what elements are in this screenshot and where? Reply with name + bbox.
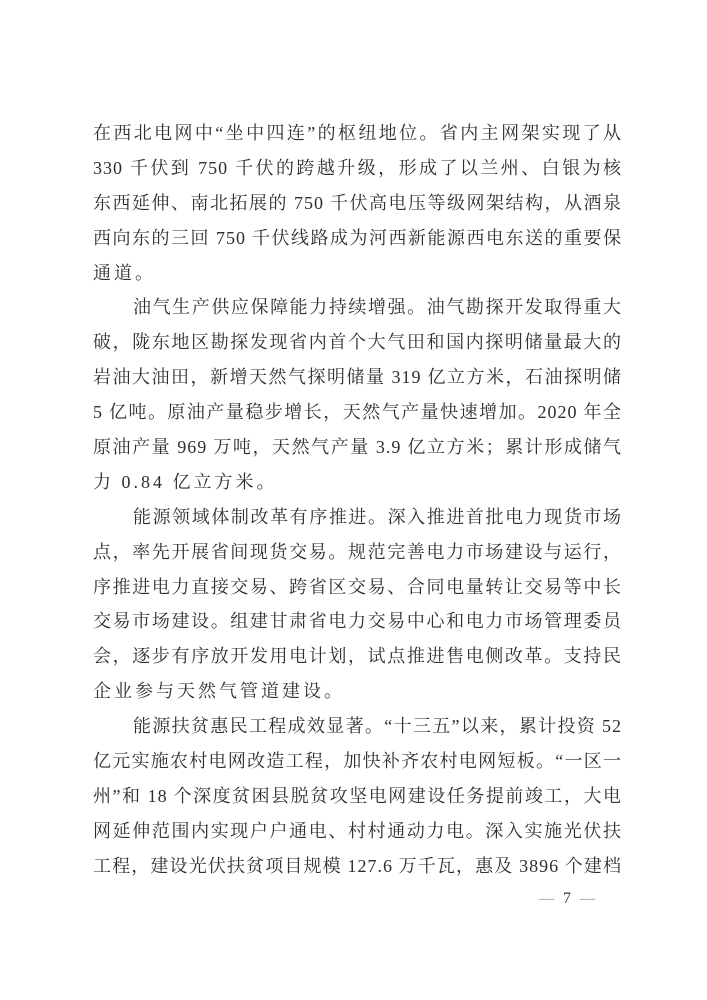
- text-line: 5 亿吨。原油产量稳步增长，天然气产量快速增加。2020 年全省: [93, 395, 622, 430]
- text-line: 原油产量 969 万吨，天然气产量 3.9 亿立方米；累计形成储气能: [93, 430, 622, 465]
- text-line: 州”和 18 个深度贫困县脱贫攻坚电网建设任务提前竣工，大电: [93, 779, 622, 814]
- text-line: 点，率先开展省间现货交易。规范完善电力市场建设与运行，有: [93, 535, 622, 570]
- text-line: 油气生产供应保障能力持续增强。油气勘探开发取得重大突: [93, 290, 622, 325]
- footer-dash-left: —: [539, 886, 554, 912]
- footer-page-number: 7: [563, 886, 571, 912]
- text-line: 网延伸范围内实现户户通电、村村通动力电。深入实施光伏扶贫: [93, 814, 622, 849]
- paragraph: 能源扶贫惠民工程成效显著。“十三五”以来，累计投资 52亿元实施农村电网改造工程…: [93, 709, 622, 883]
- document-body: 在西北电网中“坐中四连”的枢纽地位。省内主网架实现了从330 千伏到 750 千…: [93, 116, 622, 884]
- document-page: 在西北电网中“坐中四连”的枢纽地位。省内主网架实现了从330 千伏到 750 千…: [0, 0, 707, 1000]
- paragraph: 在西北电网中“坐中四连”的枢纽地位。省内主网架实现了从330 千伏到 750 千…: [93, 116, 622, 290]
- text-line: 岩油大油田，新增天然气探明储量 319 亿立方米，石油探明储量: [93, 360, 622, 395]
- paragraph: 能源领域体制改革有序推进。深入推进首批电力现货市场试点，率先开展省间现货交易。规…: [93, 500, 622, 709]
- text-line: 企业参与天然气管道建设。: [93, 674, 622, 709]
- text-line: 能源领域体制改革有序推进。深入推进首批电力现货市场试: [93, 500, 622, 535]
- text-line: 在西北电网中“坐中四连”的枢纽地位。省内主网架实现了从: [93, 116, 622, 151]
- footer-dash-right: —: [580, 886, 595, 912]
- paragraph: 油气生产供应保障能力持续增强。油气勘探开发取得重大突破，陇东地区勘探发现省内首个…: [93, 290, 622, 499]
- text-line: 通道。: [93, 256, 622, 291]
- text-line: 交易市场建设。组建甘肃省电力交易中心和电力市场管理委员: [93, 604, 622, 639]
- text-line: 工程，建设光伏扶贫项目规模 127.6 万千瓦，惠及 3896 个建档: [93, 849, 622, 884]
- text-line: 东西延伸、南北拓展的 750 千伏高电压等级网架结构，从酒泉自: [93, 186, 622, 221]
- text-line: 会，逐步有序放开发用电计划，试点推进售电侧改革。支持民营: [93, 639, 622, 674]
- text-line: 亿元实施农村电网改造工程，加快补齐农村电网短板。“一区一: [93, 744, 622, 779]
- text-line: 330 千伏到 750 千伏的跨越升级，形成了以兰州、白银为核心，: [93, 151, 622, 186]
- page-footer: — 7 —: [527, 886, 607, 912]
- text-line: 力 0.84 亿立方米。: [93, 465, 622, 500]
- text-line: 序推进电力直接交易、跨省区交易、合同电量转让交易等中长期: [93, 570, 622, 605]
- text-line: 破，陇东地区勘探发现省内首个大气田和国内探明储量最大的页: [93, 325, 622, 360]
- text-line: 西向东的三回 750 千伏线路成为河西新能源西电东送的重要保障: [93, 221, 622, 256]
- text-line: 能源扶贫惠民工程成效显著。“十三五”以来，累计投资 52: [93, 709, 622, 744]
